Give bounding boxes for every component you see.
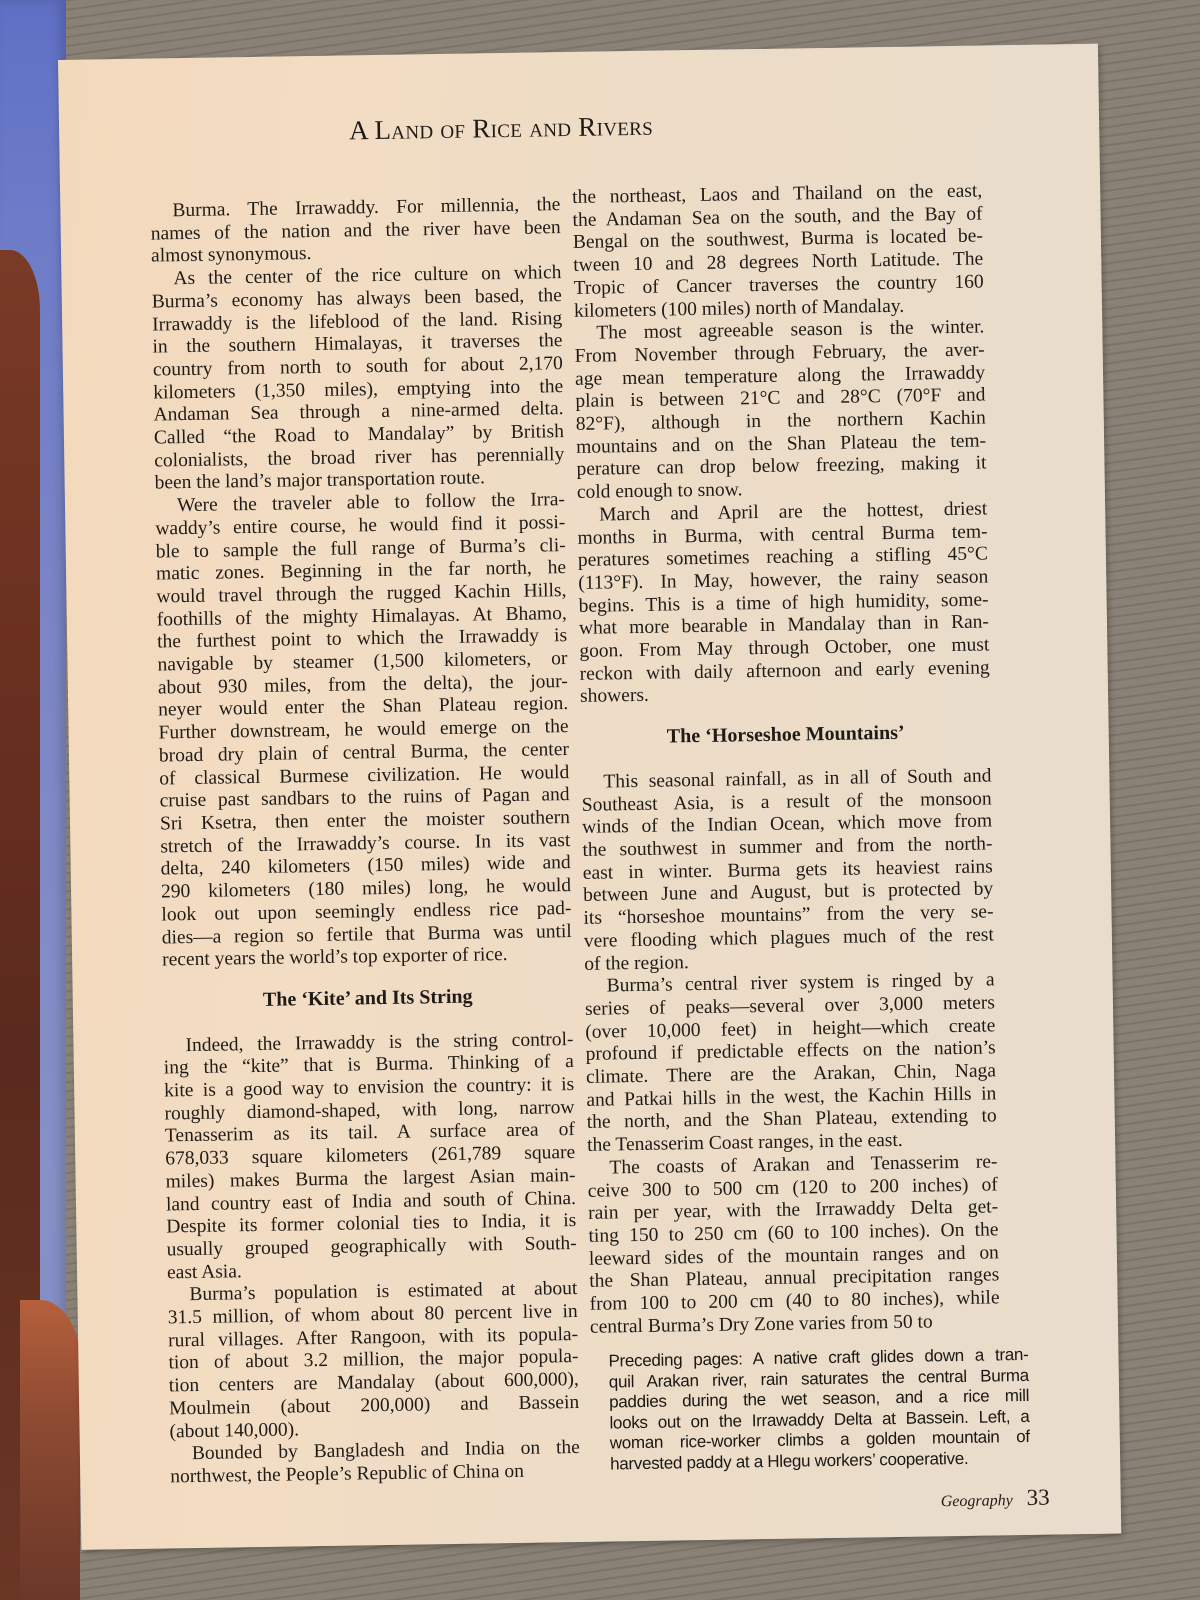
section-subheading: The ‘Kite’ and Its String: [163, 984, 573, 1013]
page-footer: Geography 33: [941, 1485, 1050, 1513]
page-title: A Land of Rice and Rivers: [349, 109, 769, 147]
book-page: A Land of Rice and Rivers Burma. The Irr…: [58, 44, 1121, 1550]
paragraph: This seasonal rainfall, as in all of Sou…: [581, 765, 994, 976]
paragraph: Were the traveler able to follow the Irr…: [155, 489, 572, 972]
photo-caption: Preceding pages: A native craft glides d…: [608, 1345, 1030, 1475]
paragraph: March and April are the hottest, driestm…: [577, 498, 990, 709]
paragraph: As the center of the rice culture on whi…: [151, 262, 565, 495]
left-column: Burma. The Irrawaddy. For millennia, the…: [150, 194, 580, 1489]
photo-golden-paddy-mountain: [20, 1300, 80, 1600]
right-column: the northeast, Laos and Thailand on the …: [572, 181, 1000, 1340]
section-subheading: The ‘Horseshoe Mountains’: [581, 721, 991, 750]
paragraph: Burma’s central river system is ringed b…: [584, 970, 997, 1158]
paragraph: The most agreeable season is the winter.…: [574, 317, 987, 505]
paragraph: Burma. The Irrawaddy. For millennia, the…: [150, 194, 561, 269]
facing-page-photo: [0, 0, 66, 1600]
paragraph: Bounded by Bangladesh and India on theno…: [170, 1437, 581, 1489]
paragraph: The coasts of Arakan and Tenasserim re-c…: [587, 1151, 1000, 1339]
running-section-label: Geography: [941, 1492, 1013, 1510]
page-number: 33: [1026, 1485, 1049, 1510]
paragraph: Burma’s population is estimated at about…: [167, 1278, 579, 1443]
paragraph: Indeed, the Irrawaddy is the string cont…: [163, 1029, 577, 1285]
paragraph: the northeast, Laos and Thailand on the …: [572, 181, 984, 324]
